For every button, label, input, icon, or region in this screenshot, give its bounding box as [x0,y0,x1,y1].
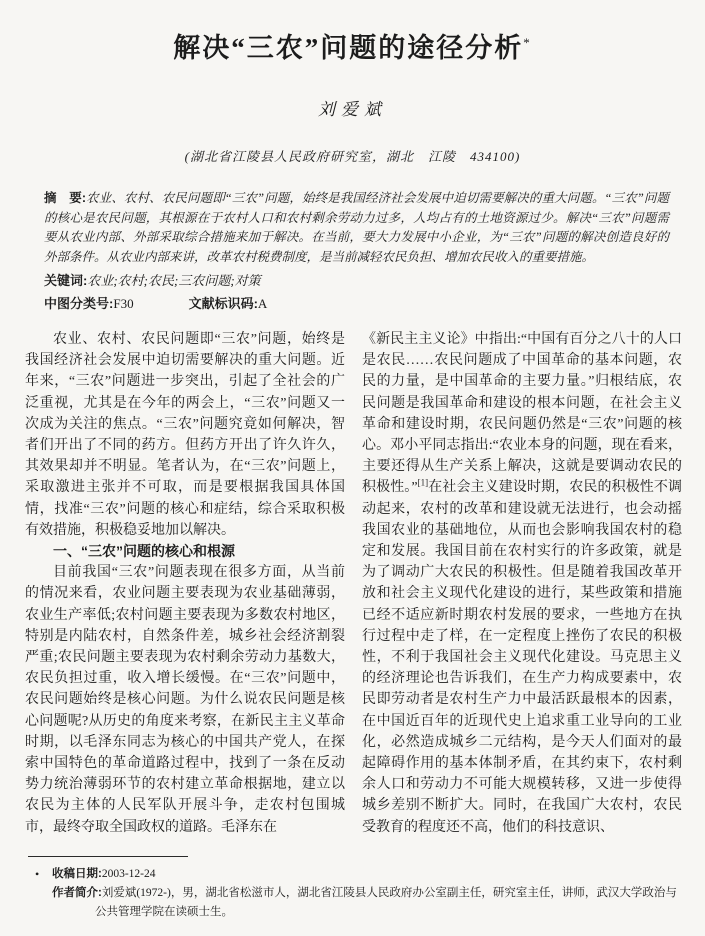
keywords-label: 关键词: [44,273,87,288]
right-text-before-ref: 《新民主主义论》中指出:“中国有百分之八十的人口是农民……农民问题成了中国革命的… [362,332,682,495]
left-column: 农业、农村、农民问题即“三农”问题，始终是我国经济社会发展中迫切需要解决的重大问… [25,329,345,857]
right-text-after-ref: 在社会主义建设时期，农民的积极性不调动起来，农村的改革和建设就无法进行，也会动摇… [362,480,682,834]
footnote-divider [28,856,188,857]
keywords-text: 农业;农村;农民;三农问题;对策 [87,273,260,288]
classification-line: 中图分类号:F30文献标识码:A [44,293,669,314]
keywords-line: 关键词:农业;农村;农民;三农问题;对策 [44,270,669,291]
section-1-heading: 一、“三农”问题的核心和根源 [25,541,345,562]
title-footnote-mark: * [523,35,532,50]
author-bio-label: 作者简介: [52,887,102,899]
author-name: 刘爱斌 [0,95,705,120]
abstract: 摘 要:农业、农村、农民问题即“三农”问题，始终是我国经济社会发展中迫切需要解决… [44,189,669,267]
clc-label: 中图分类号: [44,296,113,311]
footnote-block: • 收稿日期:2003-12-24 作者简介:刘爱斌(1972-)，男，湖北省松… [28,856,680,922]
citation-ref-1: [1] [418,478,429,488]
paper-title-text: 解决“三农”问题的途径分析 [173,33,523,63]
clc-value: F30 [113,296,133,311]
paper-page: 解决“三农”问题的途径分析* 刘爱斌 (湖北省江陵县人民政府研究室，湖北 江陵 … [0,0,705,936]
received-date-label: 收稿日期: [52,868,102,880]
doc-code-label: 文献标识码: [189,296,258,311]
author-affiliation: (湖北省江陵县人民政府研究室，湖北 江陵 434100) [0,146,705,165]
footnote-lines: • 收稿日期:2003-12-24 作者简介:刘爱斌(1972-)，男，湖北省松… [28,865,680,922]
received-date-line: 收稿日期:2003-12-24 [52,865,680,884]
received-date-value: 2003-12-24 [102,868,156,880]
abstract-label: 摘 要: [44,191,86,205]
right-column: 《新民主主义论》中指出:“中国有百分之八十的人口是农民……农民问题成了中国革命的… [362,329,682,857]
author-bio-line: 作者简介:刘爱斌(1972-)，男，湖北省松滋市人，湖北省江陵县人民政府办公室副… [52,884,680,922]
intro-paragraph: 农业、农村、农民问题即“三农”问题，始终是我国经济社会发展中迫切需要解决的重大问… [25,329,345,541]
abstract-text: 农业、农村、农民问题即“三农”问题，始终是我国经济社会发展中迫切需要解决的重大问… [44,191,669,264]
author-bio-text: 刘爱斌(1972-)，男，湖北省松滋市人，湖北省江陵县人民政府办公室副主任，研究… [95,887,677,918]
doc-code-value: A [258,296,267,311]
paper-title: 解决“三农”问题的途径分析* [0,0,705,65]
continuation-paragraph: 《新民主主义论》中指出:“中国有百分之八十的人口是农民……农民问题成了中国革命的… [362,329,682,838]
section-1-paragraph: 目前我国“三农”问题表现在很多方面，从当前的情况来看，农业问题主要表现为农业基础… [25,562,345,838]
footnote-marker: • [35,865,39,884]
article-body: 农业、农村、农民问题即“三农”问题，始终是我国经济社会发展中迫切需要解决的重大问… [25,329,682,857]
